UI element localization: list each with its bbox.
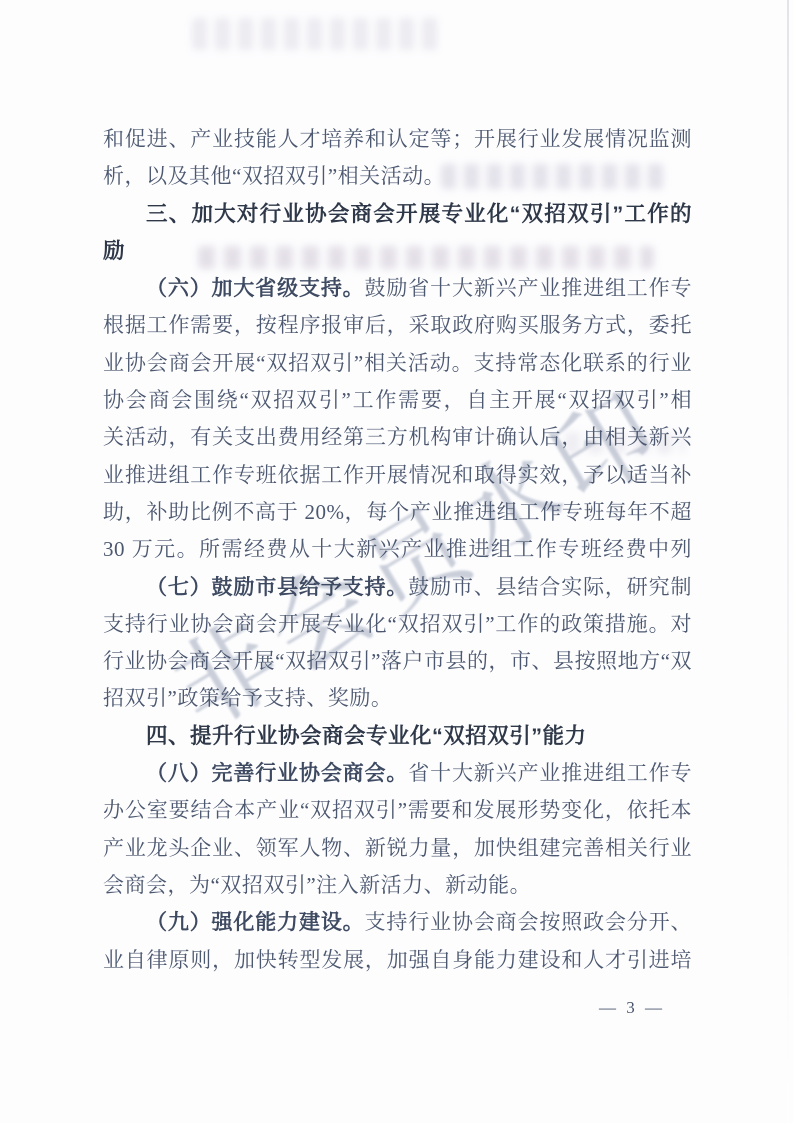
text-line: 析，以及其他“双招双引”相关活动。 (103, 158, 692, 195)
heading-line: 励 (103, 233, 692, 270)
line-text: 协会商会围绕“双招双引”工作需要，自主开展“双招双引”相 (103, 388, 692, 412)
page-number: — 3 — (592, 996, 672, 1020)
line-text: 办公室要结合本产业“双招双引”需要和发展形势变化，依托本 (103, 798, 692, 822)
text-line: 行业协会商会开展“双招双引”落户市县的，市、县按照地方“双 (103, 643, 692, 680)
text-line: 和促进、产业技能人才培养和认定等；开展行业发展情况监测分 (103, 121, 692, 158)
text-line: （九）强化能力建设。支持行业协会商会按照政会分开、行 (103, 904, 692, 941)
line-text: 支持行业协会商会开展专业化“双招双引”工作的政策措施。对 (103, 612, 692, 636)
line-text: 和促进、产业技能人才培养和认定等；开展行业发展情况监测分 (103, 127, 692, 158)
line-text: 励 (103, 239, 125, 263)
paragraph-lead: （八）完善行业协会商会。 (146, 761, 408, 785)
line-text: 业推进组工作专班依据工作开展情况和取得实效，予以适当补 (103, 463, 692, 487)
text-line: （七）鼓励市县给予支持。鼓励市、县结合实际，研究制定 (103, 569, 692, 606)
text-line: 业自律原则，加快转型发展，加强自身能力建设和人才引进培养， (103, 942, 692, 979)
text-line: （八）完善行业协会商会。省十大新兴产业推进组工作专班 (103, 755, 692, 792)
line-text: 会商会，为“双招双引”注入新活力、新动能。 (103, 873, 531, 897)
text-line: 办公室要结合本产业“双招双引”需要和发展形势变化，依托本 (103, 792, 692, 829)
line-text: 三、加大对行业协会商会开展专业化“双招双引”工作的激 (103, 202, 692, 233)
text-line: 30 万元。所需经费从十大新兴产业推进组工作专班经费中列支。 (103, 531, 692, 568)
line-text: 30 万元。所需经费从十大新兴产业推进组工作专班经费中列支。 (103, 537, 692, 568)
line-text: 业自律原则，加快转型发展，加强自身能力建设和人才引进培养， (103, 948, 692, 979)
document-page: 非会员水印 和促进、产业技能人才培养和认定等；开展行业发展情况监测分析，以及其他… (0, 0, 793, 1123)
paragraph-lead: （七）鼓励市县给予支持。 (146, 575, 408, 599)
heading-line: 三、加大对行业协会商会开展专业化“双招双引”工作的激 (103, 196, 692, 233)
text-line: 助，补助比例不高于 20%，每个产业推进组工作专班每年不超过 (103, 494, 692, 531)
heading-line: 四、提升行业协会商会专业化“双招双引”能力 (103, 718, 692, 755)
line-text: 产业龙头企业、领军人物、新锐力量，加快组建完善相关行业协 (103, 836, 692, 867)
text-line: 会商会，为“双招双引”注入新活力、新动能。 (103, 867, 692, 904)
line-text: 行业协会商会开展“双招双引”落户市县的，市、县按照地方“双 (103, 649, 692, 673)
line-text: 助，补助比例不高于 20%，每个产业推进组工作专班每年不超过 (103, 500, 692, 531)
bleed-through-smudge (192, 18, 444, 50)
line-text: 招双引”政策给予支持、奖励。 (103, 686, 392, 710)
line-text: 四、提升行业协会商会专业化“双招双引”能力 (146, 724, 587, 748)
text-line: 产业龙头企业、领军人物、新锐力量，加快组建完善相关行业协 (103, 830, 692, 867)
line-text: 关活动，有关支出费用经第三方机构审计确认后，由相关新兴产 (103, 425, 692, 456)
document-body: 和促进、产业技能人才培养和认定等；开展行业发展情况监测分析，以及其他“双招双引”… (103, 121, 692, 979)
text-line: 根据工作需要，按程序报审后，采取政府购买服务方式，委托行 (103, 307, 692, 344)
text-line: 业协会商会开展“双招双引”相关活动。支持常态化联系的行业 (103, 345, 692, 382)
text-line: 招双引”政策给予支持、奖励。 (103, 680, 692, 717)
text-line: 关活动，有关支出费用经第三方机构审计确认后，由相关新兴产 (103, 419, 692, 456)
text-line: 业推进组工作专班依据工作开展情况和取得实效，予以适当补 (103, 457, 692, 494)
paragraph-lead: （六）加大省级支持。 (146, 276, 365, 300)
text-line: 支持行业协会商会开展专业化“双招双引”工作的政策措施。对 (103, 606, 692, 643)
line-text: 业协会商会开展“双招双引”相关活动。支持常态化联系的行业 (103, 351, 692, 375)
paragraph-lead: （九）强化能力建设。 (146, 910, 365, 934)
line-text: 根据工作需要，按程序报审后，采取政府购买服务方式，委托行 (103, 313, 692, 344)
scan-edge-line (787, 0, 789, 1123)
line-text: 析，以及其他“双招双引”相关活动。 (103, 164, 445, 188)
text-line: （六）加大省级支持。鼓励省十大新兴产业推进组工作专班 (103, 270, 692, 307)
text-line: 协会商会围绕“双招双引”工作需要，自主开展“双招双引”相 (103, 382, 692, 419)
